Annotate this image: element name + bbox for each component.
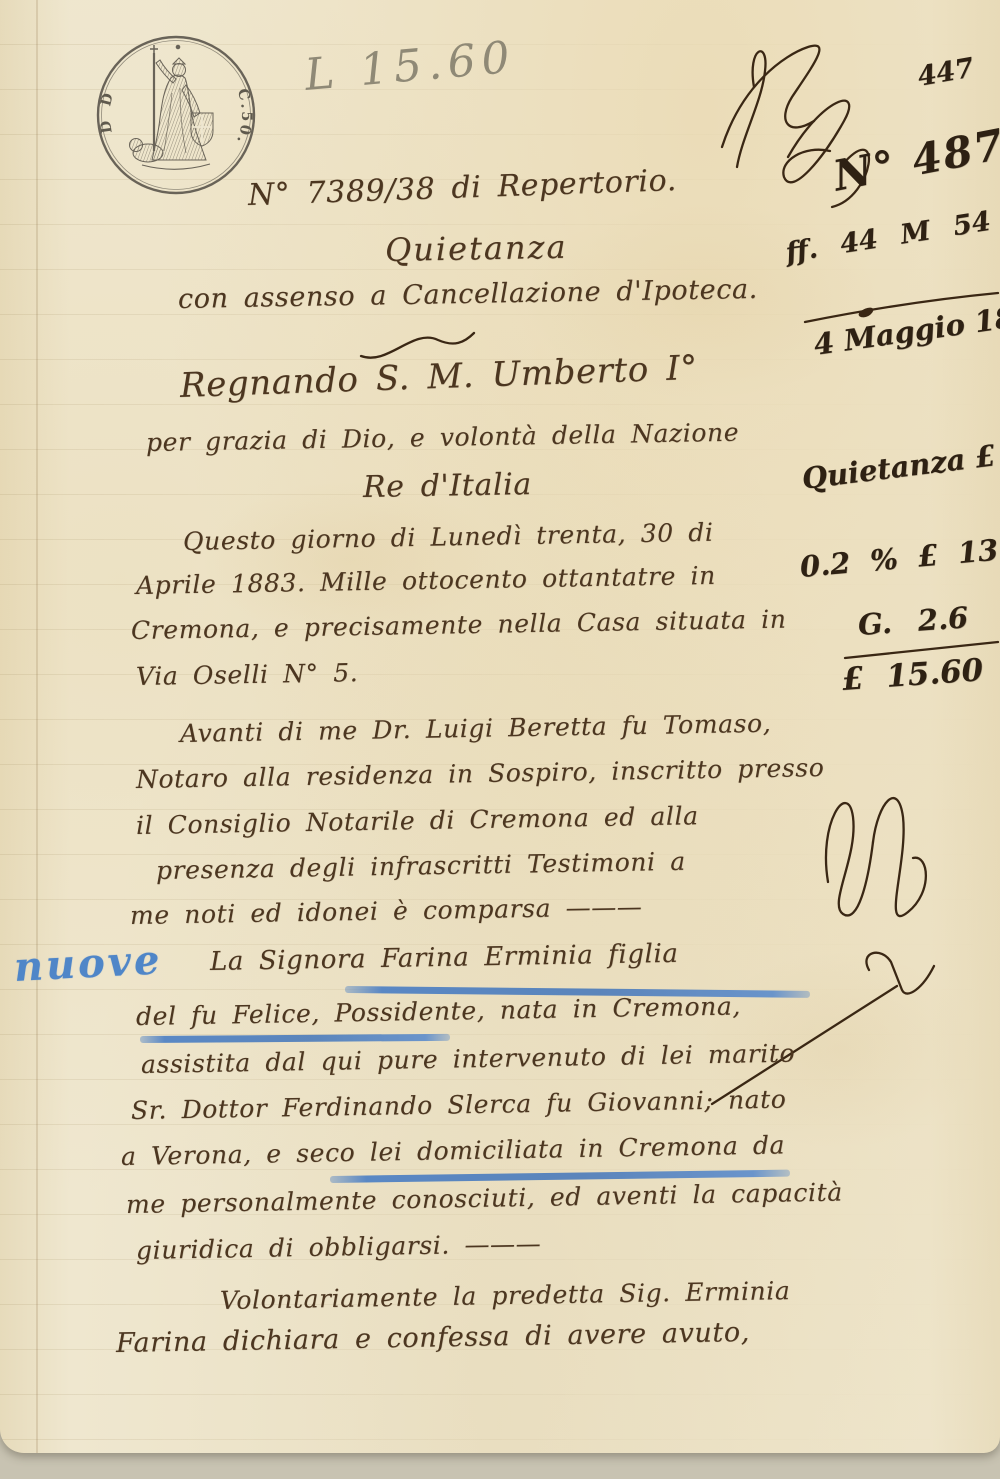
manuscript-line: me noti ed idonei è comparsa ———: [130, 892, 643, 930]
document-title: Quietanza: [385, 228, 568, 269]
document-subtitle: con assenso a Cancellazione d'Ipoteca.: [178, 274, 758, 315]
repertorio-number-line: N° 7389/38 di Repertorio.: [247, 163, 677, 213]
pencil-price-note: L 15.60: [303, 32, 518, 101]
calc-tax-rate: 0.2 % £ 13: [799, 533, 1000, 584]
blue-margin-word: nuove: [13, 936, 164, 991]
manuscript-line: Volontariamente la predetta Sig. Erminia: [220, 1276, 791, 1315]
blue-underline-father: [140, 1034, 450, 1043]
left-fold-crease: [36, 0, 38, 1453]
margin-folio-note: ff. 44 M 54: [784, 206, 993, 269]
manuscript-line: a Verona, e seco lei domiciliata in Crem…: [121, 1130, 785, 1171]
manuscript-line: il Consiglio Notarile di Cremona ed alla: [136, 801, 699, 840]
margin-paraph-signature: [813, 762, 953, 942]
manuscript-line: giuridica di obbligarsi. ———: [136, 1229, 542, 1265]
manuscript-line: Cremona, e precisamente nella Casa situa…: [131, 605, 787, 645]
calc-amount: Quietanza £ 5000: [800, 427, 1000, 496]
manuscript-line: Notaro alla residenza in Sospiro, inscri…: [136, 753, 825, 794]
revenue-stamp: C.50. D D: [94, 33, 259, 198]
manuscript-line: per grazia di Dio, e volontà della Nazio…: [146, 418, 740, 457]
manuscript-line: Re d'Italia: [363, 467, 532, 505]
manuscript-line: Avanti di me Dr. Luigi Beretta fu Tomaso…: [180, 709, 772, 748]
manuscript-line: Via Oselli N° 5.: [136, 658, 359, 691]
manuscript-line: del fu Felice, Possidente, nata in Cremo…: [136, 991, 741, 1031]
manuscript-line: Aprile 1883. Mille ottocento ottantatre …: [136, 561, 716, 600]
manuscript-line: Questo giorno di Lunedì trenta, 30 di: [183, 518, 714, 556]
manuscript-line: me personalmente conosciuti, ed aventi l…: [126, 1177, 843, 1219]
manuscript-line: presenza degli infrascritti Testimoni a: [156, 847, 686, 885]
margin-number-447: 447: [915, 52, 976, 92]
manuscript-line: Sr. Dottor Ferdinando Slerca fu Giovanni…: [131, 1085, 787, 1125]
manuscript-line-comparente: La Signora Farina Erminia figlia: [210, 939, 679, 977]
allegorical-figure-icon: [130, 45, 214, 169]
manuscript-line: Farina dichiara e confessa di avere avut…: [116, 1317, 750, 1359]
stamp-denomination: C.50.: [232, 87, 255, 148]
manuscript-line: Regnando S. M. Umberto I°: [179, 348, 698, 406]
stamp-left-letters: D D: [97, 88, 118, 135]
scanned-document-page: C.50. D D L 15.60 447 N° 487 ff. 44 M 54…: [0, 0, 1000, 1453]
